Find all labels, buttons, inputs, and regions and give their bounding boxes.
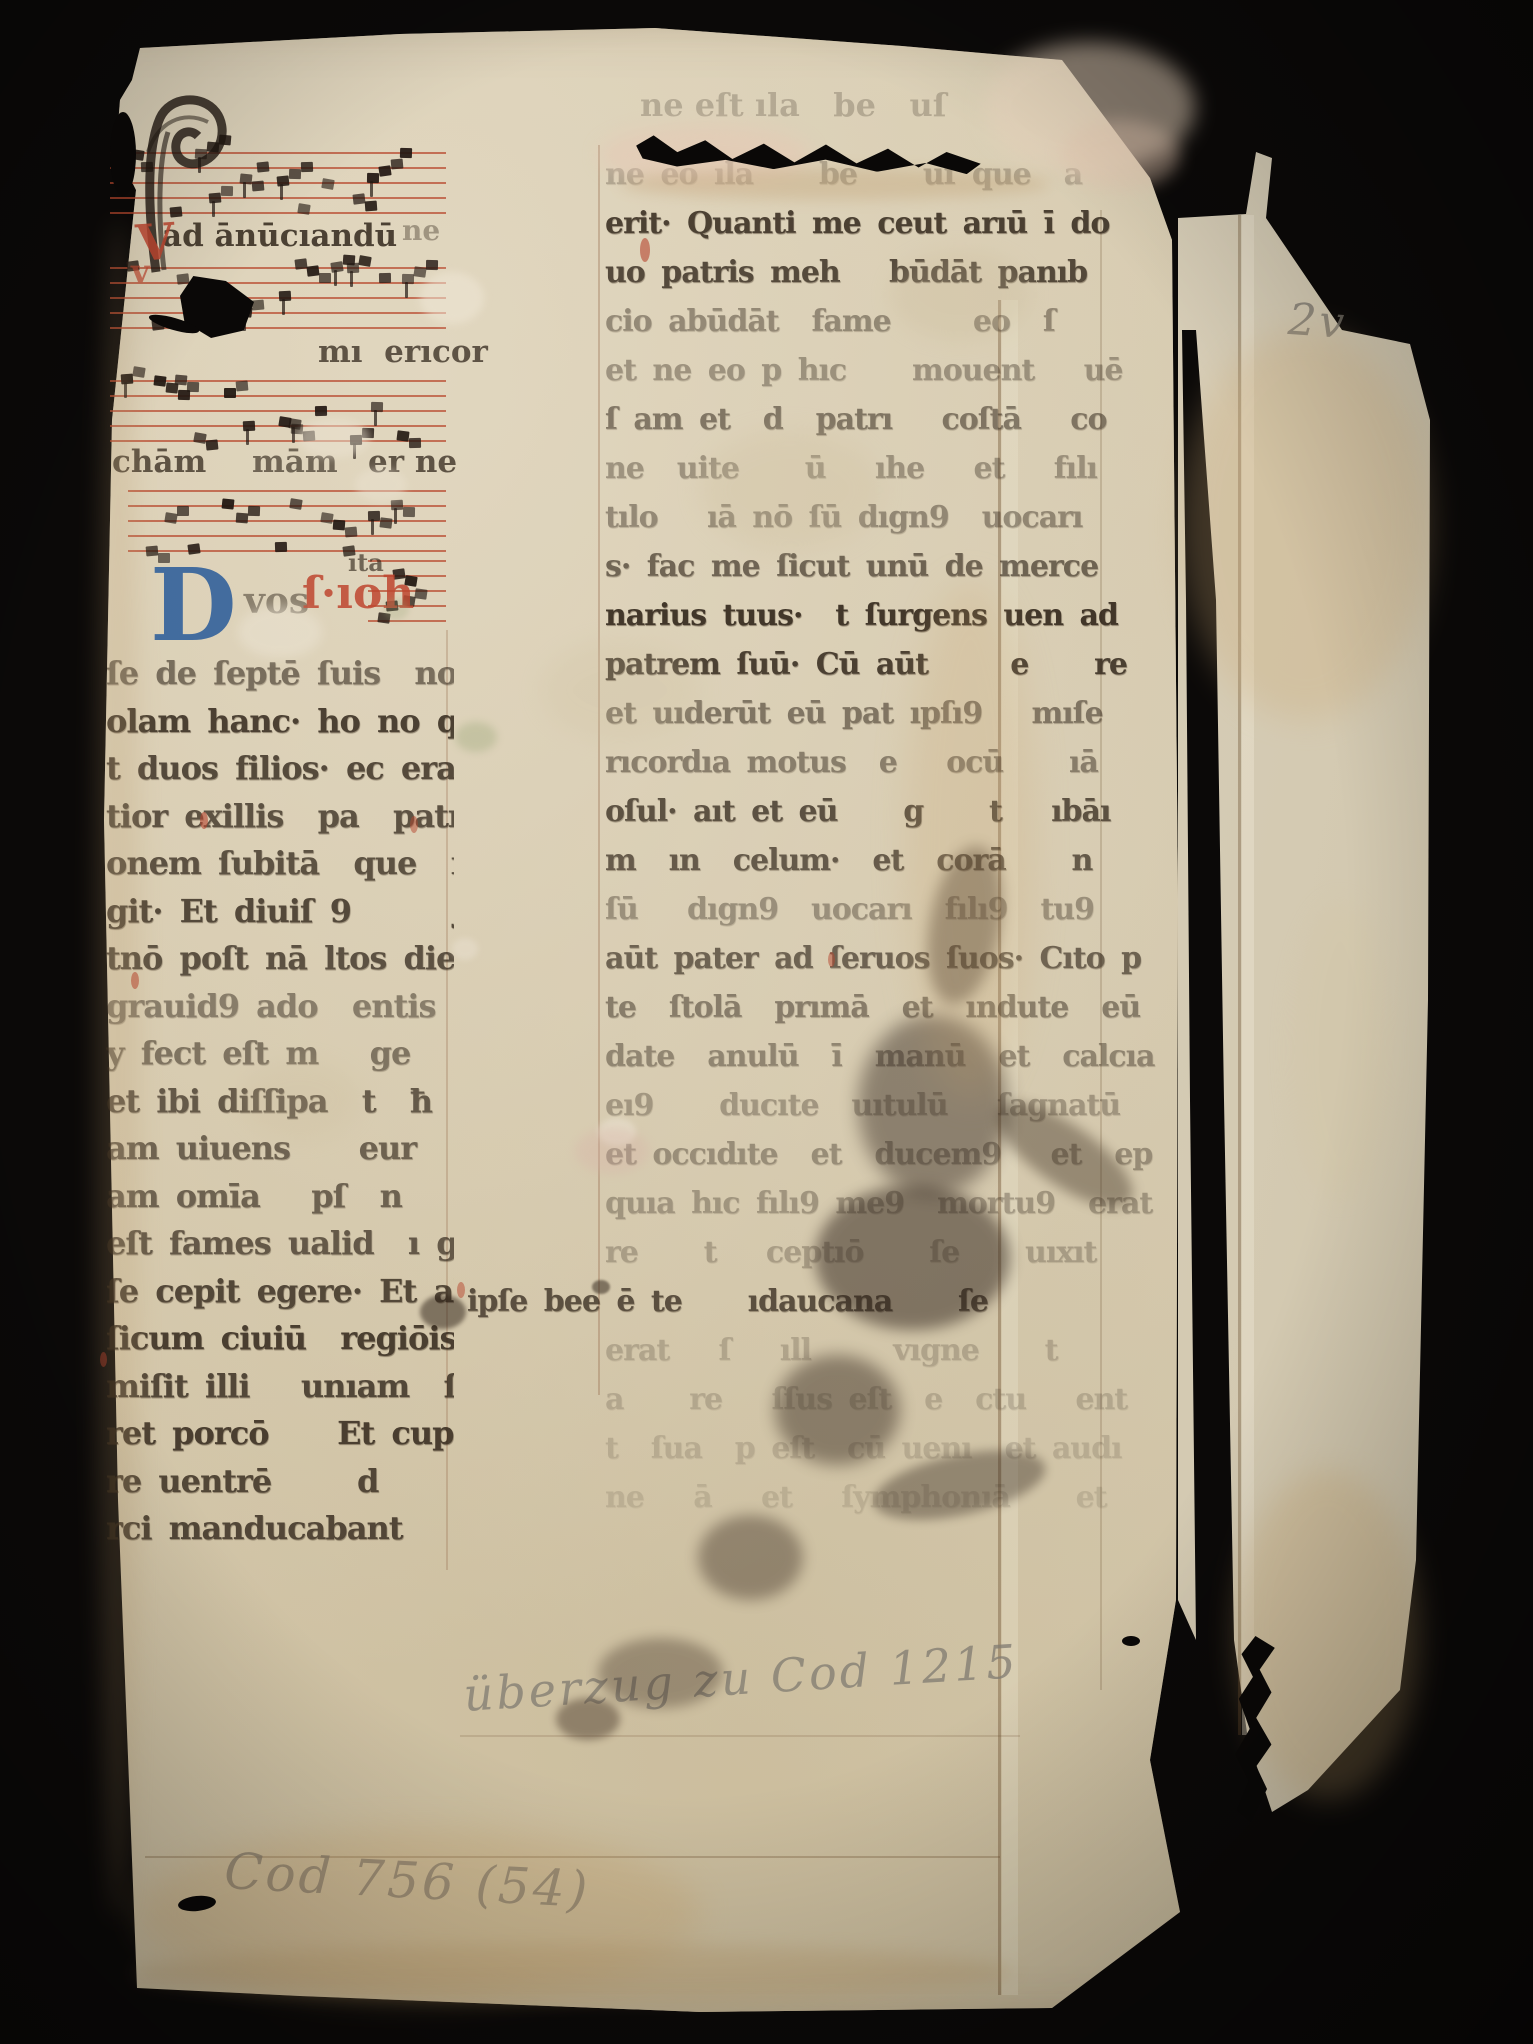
stain: [640, 238, 650, 262]
text-line: eſt fames ualid ı ge ıo: [106, 1220, 454, 1268]
text-line: ſicum ciuiū regiōis il: [106, 1315, 454, 1363]
neume: [288, 169, 300, 179]
neume: [368, 511, 380, 521]
neume: [132, 366, 145, 378]
neume: [256, 161, 269, 172]
text-line: rci manducabant ·: [106, 1505, 454, 1553]
stain: [1060, 120, 1180, 190]
hole: [1122, 1636, 1140, 1646]
text-line: grauid9 ado entis A e: [106, 983, 454, 1031]
stain: [540, 640, 700, 740]
neume: [297, 203, 310, 215]
neume: [367, 173, 379, 183]
stain: [575, 1128, 649, 1174]
neume: [409, 438, 421, 448]
neume: [352, 193, 365, 204]
neume: [426, 260, 438, 270]
stain: [100, 1352, 107, 1367]
stain: [135, 1945, 1015, 2000]
neume: [248, 506, 260, 516]
neume: [371, 402, 383, 412]
neume: [405, 575, 418, 587]
crease-line: [460, 1735, 1020, 1737]
neume: [276, 176, 289, 187]
neume: [320, 512, 333, 524]
neume: [275, 541, 287, 551]
neume-stem: [334, 270, 337, 286]
neume: [252, 300, 265, 311]
stain: [452, 938, 478, 960]
neume-stem: [394, 508, 397, 524]
stain: [298, 418, 370, 458]
neume: [300, 162, 312, 172]
stain: [828, 952, 835, 967]
stain: [905, 580, 1035, 1100]
stain: [598, 1638, 723, 1708]
stain: [700, 430, 880, 550]
stain: [240, 1060, 360, 1140]
stain: [890, 250, 1030, 340]
neume-stem: [370, 181, 373, 197]
neume: [378, 166, 391, 178]
neume: [164, 512, 177, 524]
neume-stem: [350, 271, 353, 287]
cadel-initial-flourish: [128, 92, 248, 277]
text-line: onem ſubitā que ne: [106, 840, 454, 888]
neume: [224, 388, 236, 398]
neume: [252, 180, 265, 191]
neume-stem: [405, 282, 408, 298]
neume: [379, 273, 391, 283]
stain: [620, 168, 1050, 200]
neume-stem: [374, 410, 377, 426]
neume: [332, 520, 345, 531]
manuscript-photograph: ſe de ſeptē ſuis noc dem·olam hanc· ho n…: [0, 0, 1533, 2044]
neume: [413, 266, 426, 278]
text-line: olam hanc· ho no qō iam: [106, 698, 454, 746]
music-stave: [110, 380, 446, 442]
neume: [396, 431, 409, 442]
text-line: s· fac me ſicut unū de merce: [605, 542, 1065, 591]
stain: [556, 1698, 620, 1740]
stain: [1180, 330, 1430, 720]
stain: [200, 812, 208, 829]
neume: [319, 273, 331, 283]
stain: [1290, 900, 1390, 1200]
text-line: git· Et diuiſ 9 Jbui: [106, 888, 454, 936]
stain: [592, 1280, 610, 1294]
neume: [415, 588, 428, 600]
neume: [393, 568, 406, 580]
stain: [775, 1355, 900, 1465]
stain: [238, 606, 322, 658]
neume: [307, 265, 320, 276]
neume: [342, 545, 355, 557]
neume: [402, 274, 414, 284]
crease-line: [598, 145, 600, 1395]
neume-stem: [280, 184, 283, 200]
neume: [391, 499, 404, 510]
neume: [289, 418, 302, 430]
text-line: erit· Quanti me ceut arıū ī do: [605, 199, 1065, 248]
neume: [145, 545, 158, 556]
neume-stem: [371, 519, 374, 535]
text-line: miſit illi unıam ſuā: [106, 1363, 454, 1411]
neume: [243, 421, 256, 432]
text-line: tnō poſt nā ltos dies cōg·: [106, 935, 454, 983]
neume: [158, 553, 170, 563]
text-line: et ne eo p hıc mouent uē: [605, 346, 1065, 395]
neume: [358, 255, 372, 267]
stain: [410, 816, 418, 833]
text-line: am omīa pſ n ·: [106, 1173, 454, 1221]
stain: [355, 468, 407, 502]
neume: [330, 261, 343, 273]
neume: [187, 382, 199, 392]
stain: [455, 722, 497, 752]
neume: [236, 381, 249, 392]
neume: [175, 375, 188, 386]
neume: [221, 498, 234, 509]
stain: [420, 272, 484, 324]
hole: [110, 112, 136, 196]
neume: [154, 376, 167, 387]
neume: [346, 263, 359, 274]
neume: [321, 178, 335, 190]
stain: [698, 1515, 803, 1600]
neume: [206, 440, 219, 451]
text-line: ſ am et d patrı coſtā co: [605, 395, 1065, 444]
stain: [815, 1185, 1010, 1330]
text-line: ſe cepit egere· Et abı oē: [106, 1268, 454, 1316]
neume: [365, 200, 378, 211]
neume: [279, 291, 292, 302]
neume: [403, 507, 415, 517]
text-line: ret porcō Et cupiebat: [106, 1410, 454, 1458]
neume-stem: [246, 429, 249, 445]
neume: [177, 506, 189, 516]
text-line: t duos filios· ec era ato: [106, 745, 454, 793]
neume: [315, 406, 327, 416]
neume: [379, 518, 392, 529]
text-line: tior exillis pa patrī da: [106, 793, 454, 841]
stain: [420, 1295, 466, 1329]
text-line: re uentrē d on: [106, 1458, 454, 1506]
stain: [96, 220, 140, 1920]
stain: [383, 598, 409, 620]
stain: [131, 972, 139, 989]
neume: [400, 148, 412, 158]
neume: [390, 159, 403, 170]
stain: [457, 1282, 465, 1298]
neume: [344, 527, 357, 538]
